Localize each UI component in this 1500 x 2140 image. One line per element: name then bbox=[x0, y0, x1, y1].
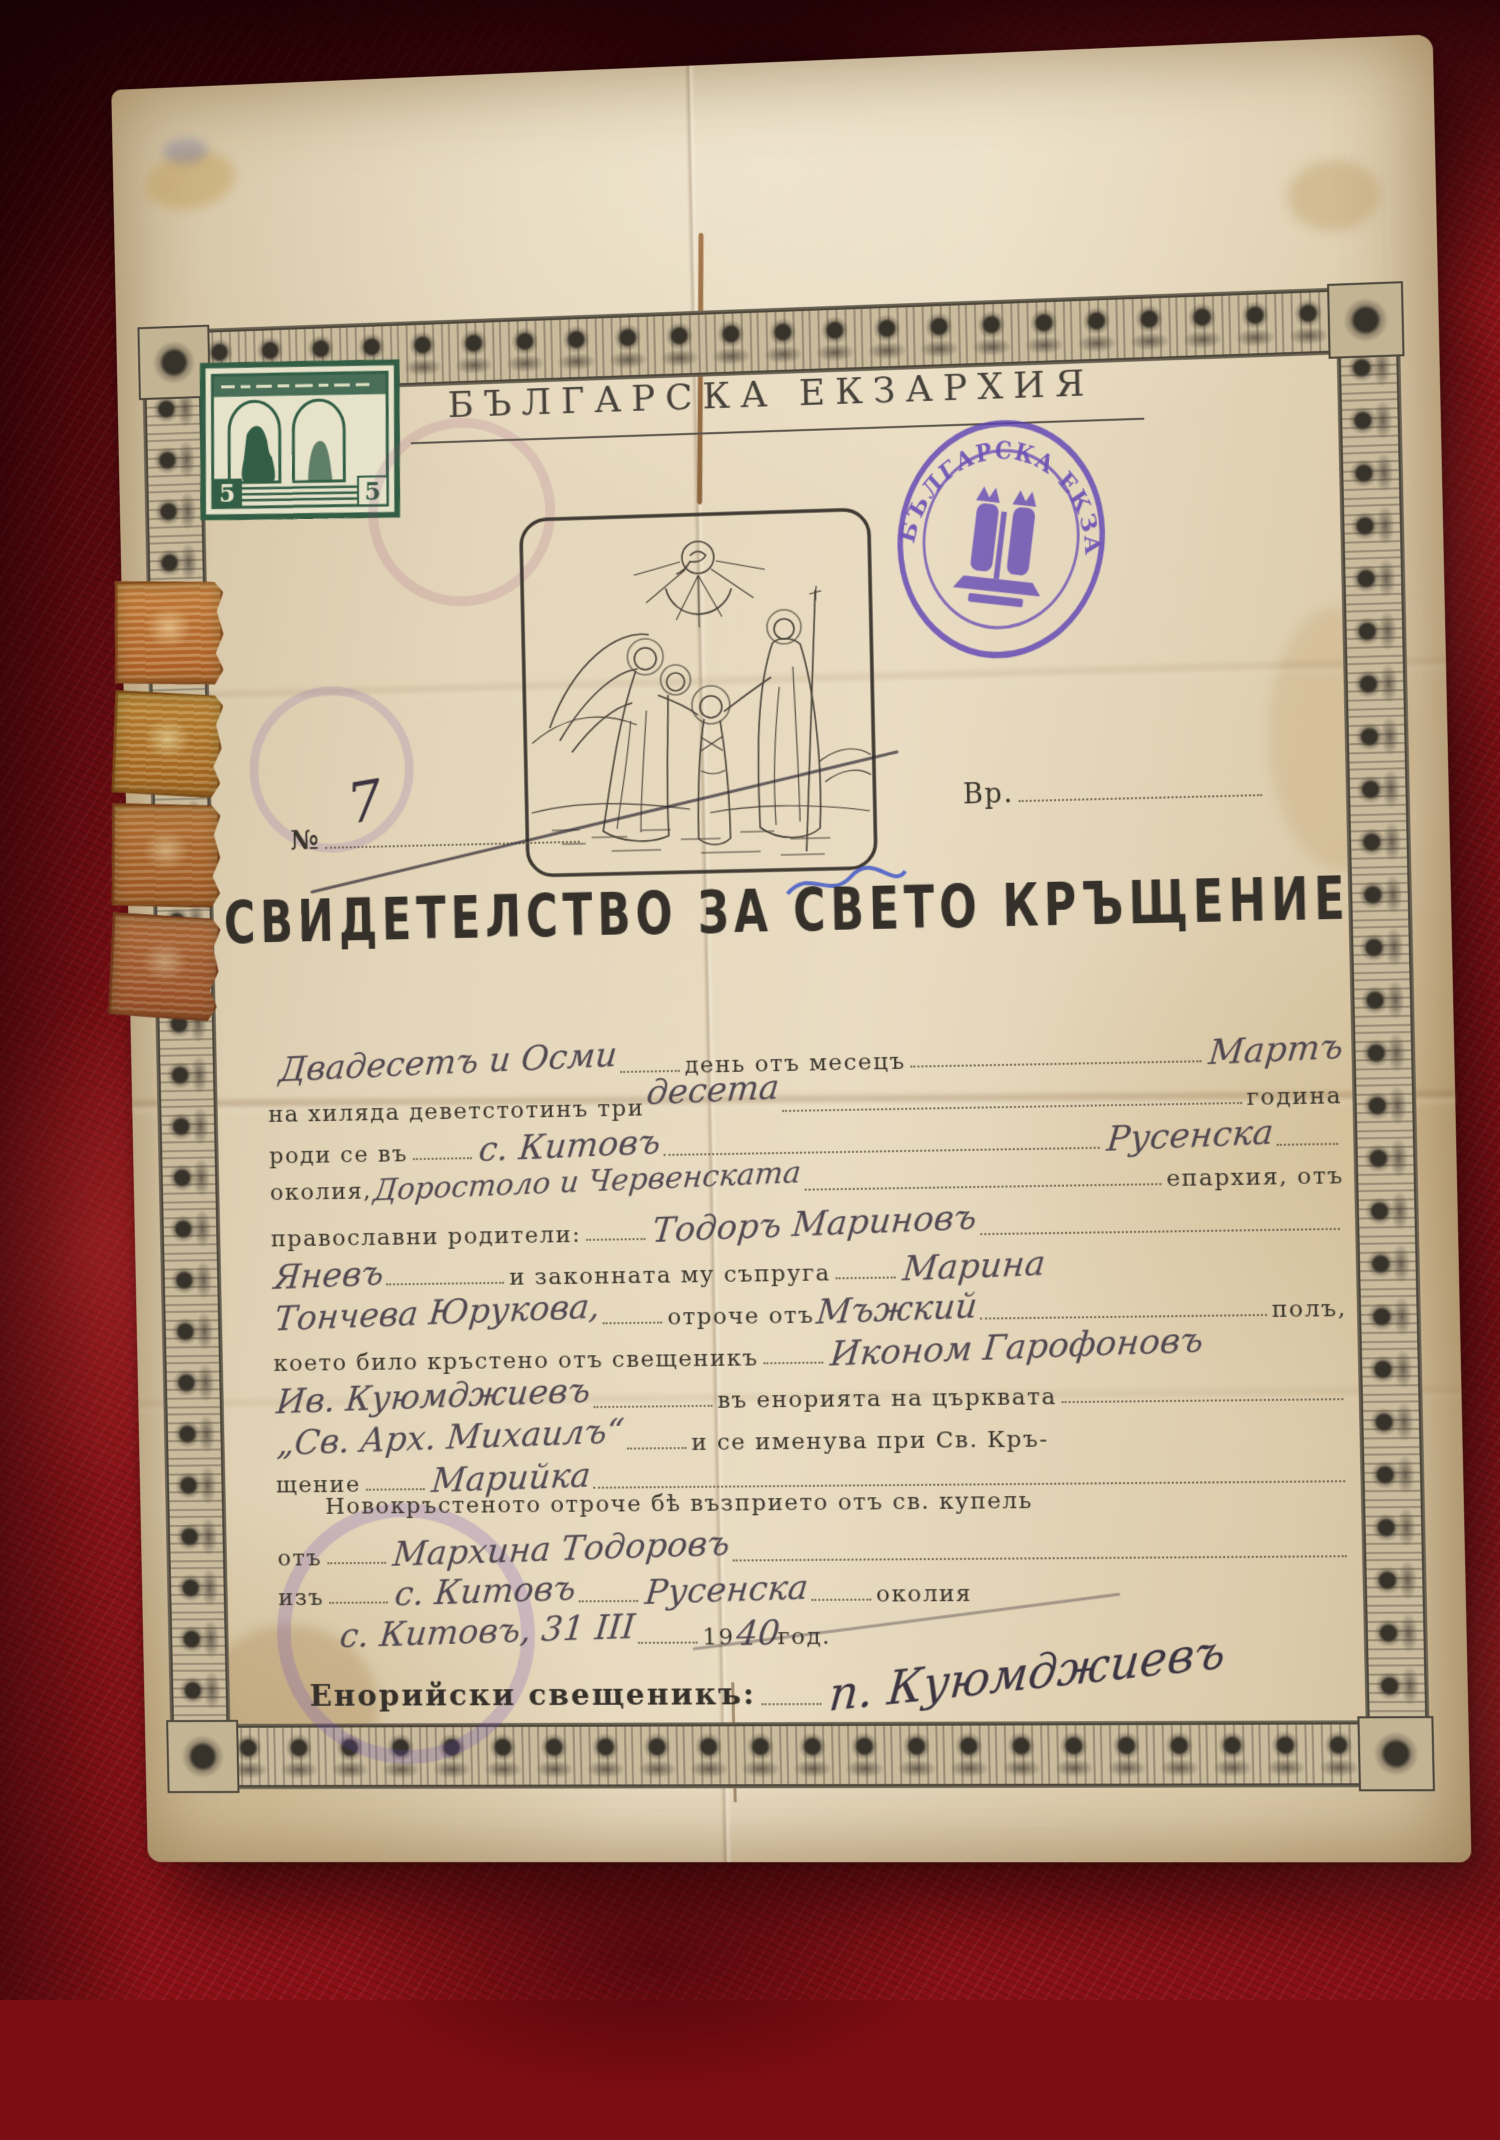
printed-text: година bbox=[1246, 1083, 1342, 1111]
dotted-rule bbox=[325, 841, 580, 849]
stamp-denomination-left: 5 bbox=[219, 479, 235, 507]
john-the-baptist-figure bbox=[721, 586, 826, 854]
baptism-certificate-document: 5 5 БЪЛГАРСКА ЕКЗАРХИЯ bbox=[111, 34, 1471, 1862]
dotted-rule bbox=[836, 1277, 896, 1280]
printed-text: и законната му съпруга bbox=[509, 1260, 831, 1290]
printed-text: околия bbox=[876, 1581, 973, 1608]
dotted-rule bbox=[663, 1147, 1100, 1156]
printed-text: отъ bbox=[277, 1545, 322, 1571]
dotted-rule bbox=[805, 1183, 1162, 1191]
handwritten-entry: с. Китовъ bbox=[393, 1569, 578, 1615]
handwritten-entry: Яневъ bbox=[272, 1254, 385, 1298]
handwritten-entry: 40 bbox=[735, 1613, 782, 1654]
border-corner bbox=[166, 1720, 239, 1793]
number-label: № bbox=[290, 825, 321, 856]
dotted-rule bbox=[980, 1228, 1340, 1235]
dotted-rule bbox=[733, 1555, 1347, 1561]
handwritten-entry: Русенска bbox=[643, 1568, 810, 1613]
dotted-rule bbox=[980, 1314, 1267, 1320]
border-corner bbox=[1327, 281, 1404, 359]
dotted-rule bbox=[387, 1282, 505, 1286]
revenue-stamp bbox=[115, 580, 224, 686]
printed-text: полъ, bbox=[1272, 1296, 1347, 1323]
angel-figure bbox=[548, 633, 701, 844]
dotted-rule bbox=[329, 1601, 388, 1603]
revenue-stamp bbox=[111, 690, 224, 798]
dotted-rule bbox=[911, 1060, 1202, 1067]
printed-text: епархия, отъ bbox=[1166, 1163, 1344, 1192]
revenue-stamps-strip bbox=[109, 580, 233, 1027]
body-line: отъ Мархина Тодоровъ bbox=[277, 1524, 1352, 1572]
dotted-rule bbox=[366, 1488, 425, 1490]
exarchate-round-seal: БЪЛГАРСКА ЕКЗАРХИЯ bbox=[877, 402, 1125, 678]
dotted-rule bbox=[627, 1447, 687, 1450]
saints-cyril-and-methodius-figures bbox=[951, 484, 1052, 609]
dotted-rule bbox=[1019, 794, 1262, 802]
dotted-rule bbox=[413, 1157, 472, 1160]
parish-priest-label: Енорийски свещеникъ: bbox=[309, 1677, 756, 1713]
dotted-rule bbox=[811, 1599, 871, 1601]
handwritten-entry: с. Китовъ, 31 III bbox=[338, 1607, 637, 1656]
handwritten-entry: Русенска bbox=[1105, 1112, 1275, 1160]
handwritten-entry: Марина bbox=[901, 1243, 1047, 1289]
dotted-rule bbox=[764, 1362, 824, 1365]
printed-text: отроче отъ bbox=[667, 1303, 814, 1331]
dotted-rule bbox=[1277, 1143, 1338, 1146]
printed-text: изъ bbox=[278, 1585, 324, 1611]
handwritten-entry: Тодоръ Мариновъ bbox=[651, 1197, 979, 1251]
parish-priest-line: Енорийски свещеникъ: п. Куюмджиевъ bbox=[309, 1656, 1355, 1714]
printed-text: околия, bbox=[270, 1179, 372, 1206]
dotted-rule bbox=[603, 1322, 663, 1325]
handwritten-entry: Мъжкий bbox=[815, 1286, 979, 1333]
dove-and-rays-icon bbox=[633, 539, 766, 629]
printed-text: православни родители: bbox=[271, 1222, 582, 1252]
handwritten-entry: Мархина Тодоровъ bbox=[391, 1523, 731, 1574]
dotted-rule bbox=[593, 1405, 712, 1408]
body-line: изъ с. Китовъ Русенска околия bbox=[278, 1564, 1353, 1611]
revenue-stamp bbox=[111, 803, 220, 908]
handwritten-entry: десета bbox=[644, 1067, 780, 1113]
printed-text: въ енорията на църквата bbox=[717, 1384, 1057, 1414]
dotted-rule bbox=[586, 1238, 645, 1241]
dotted-rule bbox=[782, 1102, 1242, 1112]
border-corner bbox=[1357, 1716, 1435, 1791]
dotted-rule bbox=[1062, 1398, 1344, 1403]
dotted-rule bbox=[761, 1703, 821, 1705]
printed-text: роди се въ bbox=[269, 1141, 408, 1169]
handwritten-entry: Тончева Юрукова, bbox=[273, 1287, 602, 1340]
dotted-rule bbox=[579, 1600, 638, 1602]
dotted-rule bbox=[327, 1562, 386, 1564]
vr-label: Вр. bbox=[963, 778, 1014, 810]
printed-text: което било кръстено отъ свещеникъ bbox=[273, 1345, 759, 1376]
handwritten-entry: Мартъ bbox=[1207, 1027, 1345, 1074]
dotted-rule bbox=[638, 1642, 698, 1644]
